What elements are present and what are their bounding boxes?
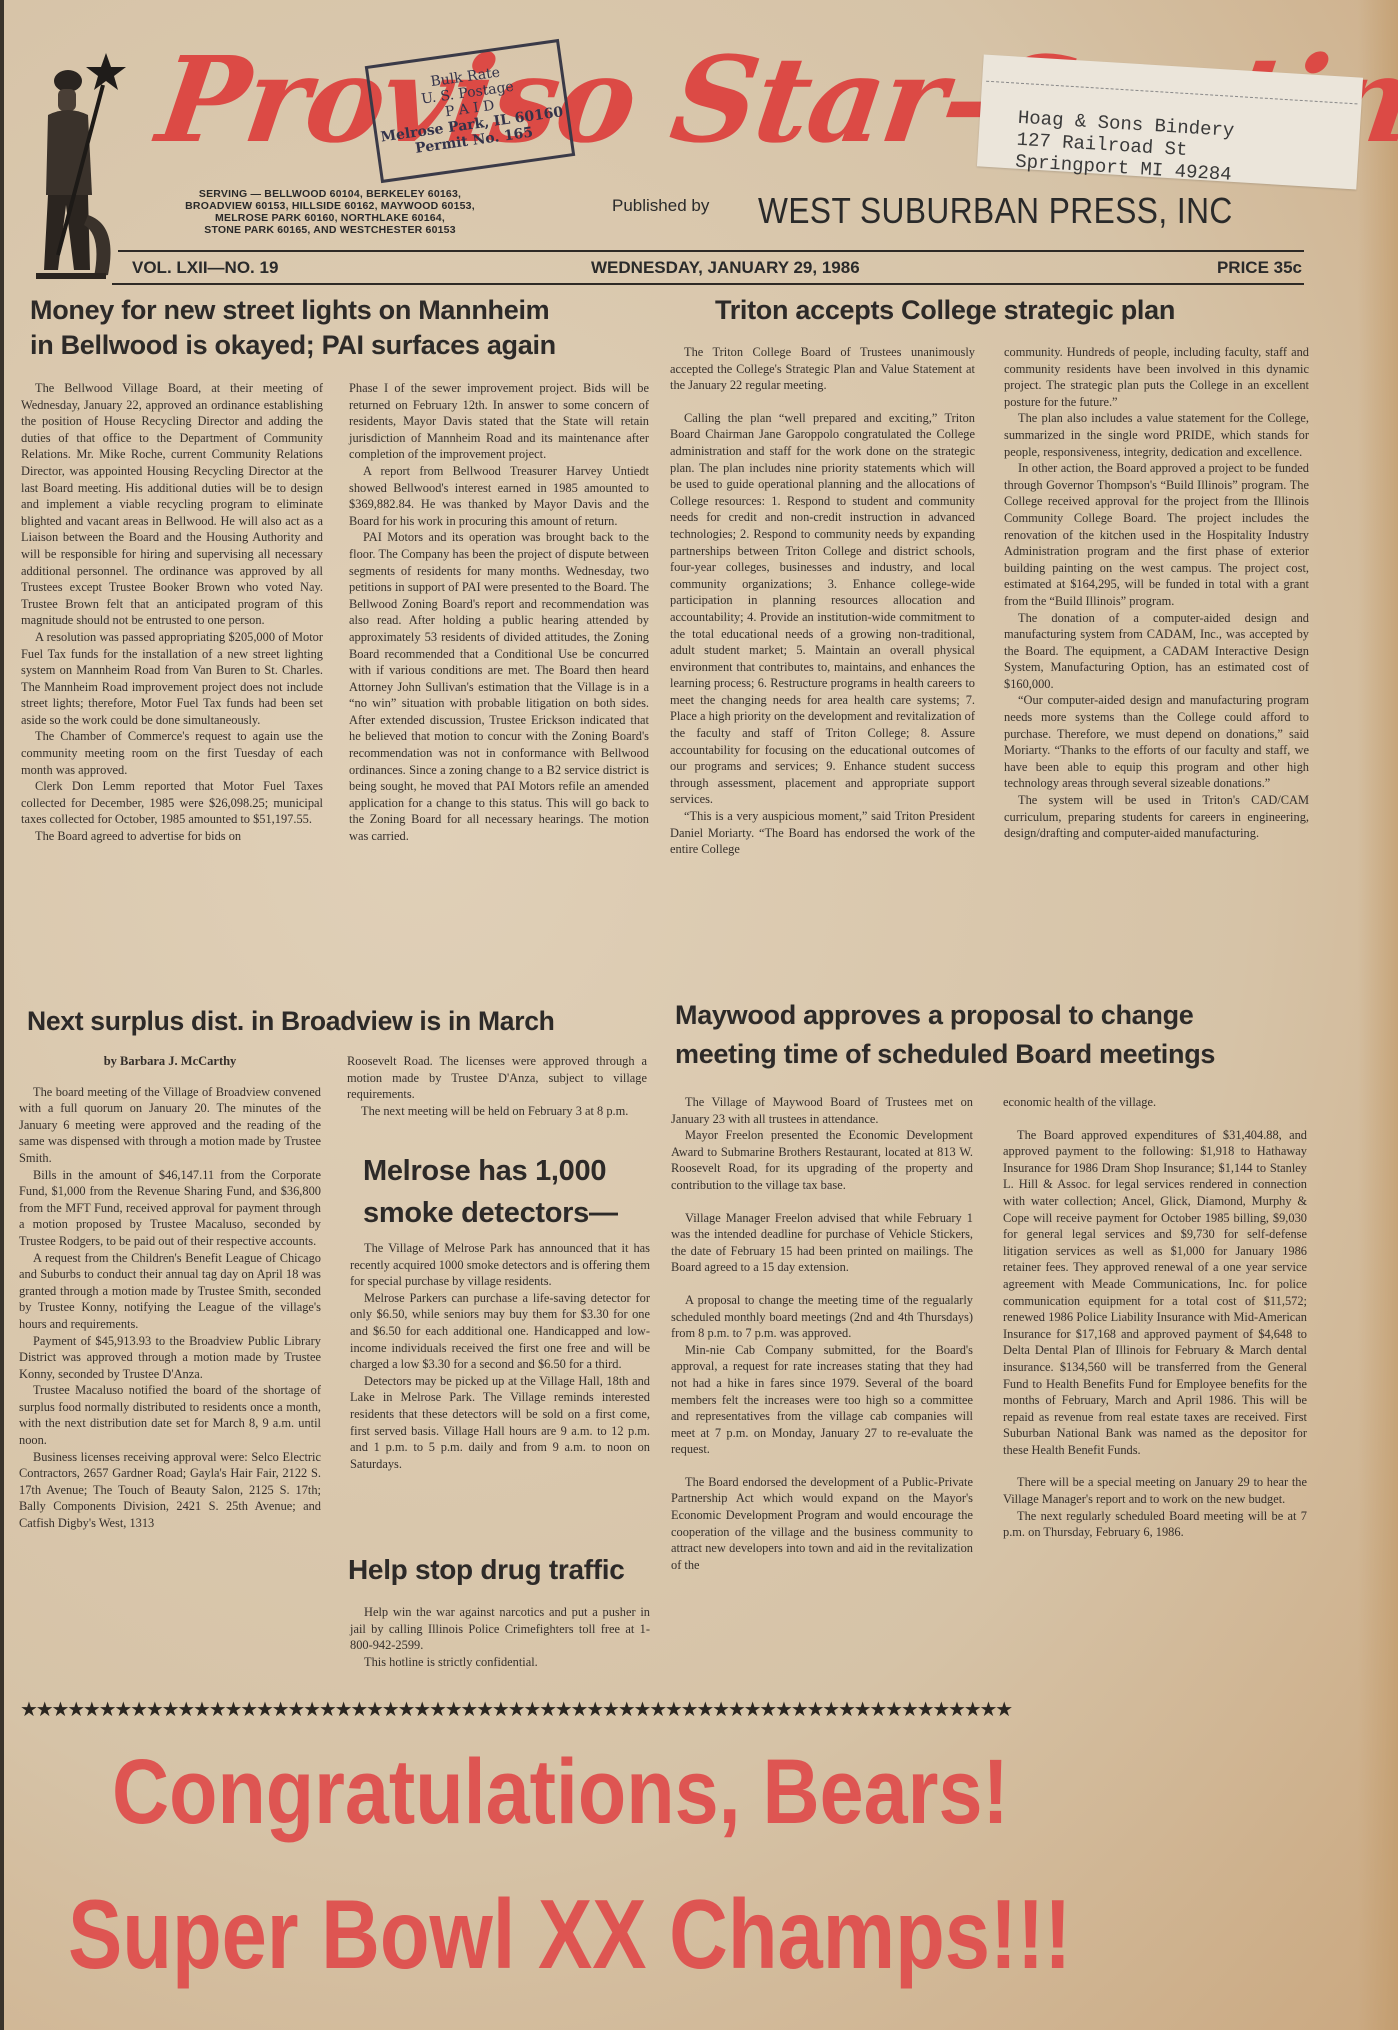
article-column: The Village of Melrose Park has announce… (350, 1240, 650, 1472)
paragraph: A report from Bellwood Treasurer Harvey … (349, 463, 649, 529)
paragraph: Min-nie Cab Company submitted, for the B… (671, 1342, 973, 1458)
paragraph: The Triton College Board of Trustees una… (670, 344, 975, 394)
paragraph: The Bellwood Village Board, at their mee… (21, 380, 323, 629)
paragraph: The system will be used in Triton's CAD/… (1004, 792, 1309, 842)
headline-line: Maywood approves a proposal to change (675, 996, 1215, 1035)
paragraph: Clerk Don Lemm reported that Motor Fuel … (21, 778, 323, 828)
price: PRICE 35c (1217, 258, 1302, 278)
paragraph: The plan also includes a value statement… (1004, 410, 1309, 460)
article-column: community. Hundreds of people, including… (1004, 344, 1309, 842)
paragraph: The Chamber of Commerce's request to aga… (21, 728, 323, 778)
article-column: Phase I of the sewer improvement project… (349, 380, 649, 845)
published-by-label: Published by (612, 196, 709, 216)
masthead: Proviso Star-Sentinel Bulk Rate U. S. Po… (0, 0, 1398, 290)
article-column: economic health of the village. The Boar… (1003, 1094, 1307, 1541)
paragraph: Mayor Freelon presented the Economic Dev… (671, 1127, 973, 1193)
headline-line: Money for new street lights on Mannheim (30, 293, 650, 328)
banner-super-bowl: Super Bowl XX Champs!!! (68, 1878, 1071, 1991)
paragraph: “This is a very auspicious moment,” said… (670, 808, 975, 858)
byline: by Barbara J. McCarthy (19, 1053, 321, 1070)
paragraph: “Our computer-aided design and manufactu… (1004, 692, 1309, 792)
serving-line: STONE PARK 60165, AND WESTCHESTER 60153 (150, 224, 510, 236)
article-headline: Help stop drug traffic (348, 1552, 625, 1588)
divider (118, 250, 1304, 252)
article-headline: Triton accepts College strategic plan (715, 293, 1175, 328)
paragraph: Melrose Parkers can purchase a life-savi… (350, 1290, 650, 1373)
article-column: by Barbara J. McCarthy The board meeting… (19, 1053, 321, 1532)
paragraph: The Board approved expenditures of $31,4… (1003, 1127, 1307, 1459)
mailing-label: Hoag & Sons Bindery 127 Railroad St Spri… (977, 55, 1363, 190)
paragraph: Help win the war against narcotics and p… (350, 1604, 650, 1654)
banner-congratulations: Congratulations, Bears! (112, 1740, 1009, 1845)
paragraph: The Village of Maywood Board of Trustees… (671, 1094, 973, 1127)
paragraph: There will be a special meeting on Janua… (1003, 1474, 1307, 1507)
paragraph: economic health of the village. (1003, 1094, 1307, 1111)
paragraph: PAI Motors and its operation was brought… (349, 529, 649, 844)
page-edge (0, 0, 4, 2030)
paragraph: Phase I of the sewer improvement project… (349, 380, 649, 463)
paragraph: In other action, the Board approved a pr… (1004, 460, 1309, 609)
paragraph: Business licenses receiving approval wer… (19, 1449, 321, 1532)
star-divider-icon: ★★★★★★★★★★★★★★★★★★★★★★★★★★★★★★★★★★★★★★★★… (20, 1697, 1310, 1721)
paragraph: The Board agreed to advertise for bids o… (21, 828, 323, 845)
paragraph: Payment of $45,913.93 to the Broadview P… (19, 1333, 321, 1383)
paragraph: A request from the Children's Benefit Le… (19, 1250, 321, 1333)
paragraph: The Board endorsed the development of a … (671, 1474, 973, 1574)
paragraph: A proposal to change the meeting time of… (671, 1292, 973, 1342)
article-headline: Next surplus dist. in Broadview is in Ma… (27, 1004, 555, 1038)
article-column: The Village of Maywood Board of Trustees… (671, 1094, 973, 1573)
issue-date: WEDNESDAY, JANUARY 29, 1986 (591, 258, 860, 278)
paragraph: Calling the plan “well prepared and exci… (670, 410, 975, 808)
article-column: The Triton College Board of Trustees una… (670, 344, 975, 858)
serving-communities: SERVING — BELLWOOD 60104, BERKELEY 60163… (150, 188, 510, 236)
headline-line: smoke detectors— (363, 1192, 618, 1234)
paragraph: The next meeting will be held on Februar… (347, 1103, 647, 1120)
volume-number: VOL. LXII—NO. 19 (132, 258, 278, 278)
article-column: The Bellwood Village Board, at their mee… (21, 380, 323, 845)
publisher-name: WEST SUBURBAN PRESS, INC (758, 190, 1233, 232)
paragraph: The board meeting of the Village of Broa… (19, 1084, 321, 1167)
paragraph: Roosevelt Road. The licenses were approv… (347, 1053, 647, 1103)
paragraph: Detectors may be picked up at the Villag… (350, 1373, 650, 1473)
headline-line: in Bellwood is okayed; PAI surfaces agai… (30, 328, 650, 363)
serving-line: MELROSE PARK 60160, NORTHLAKE 60164, (150, 212, 510, 224)
headline-line: meeting time of scheduled Board meetings (675, 1035, 1215, 1074)
article-headline: Maywood approves a proposal to change me… (675, 996, 1215, 1074)
paragraph: community. Hundreds of people, including… (1004, 344, 1309, 410)
headline-line: Melrose has 1,000 (363, 1150, 618, 1192)
paragraph: Trustee Macaluso notified the board of t… (19, 1382, 321, 1448)
article-headline: Melrose has 1,000 smoke detectors— (363, 1150, 618, 1234)
article-column: Help win the war against narcotics and p… (350, 1604, 650, 1670)
dateline: VOL. LXII—NO. 19 WEDNESDAY, JANUARY 29, … (132, 254, 1302, 282)
paragraph: The Village of Melrose Park has announce… (350, 1240, 650, 1290)
paragraph: Bills in the amount of $46,147.11 from t… (19, 1167, 321, 1250)
serving-line: BROADVIEW 60153, HILLSIDE 60162, MAYWOOD… (150, 200, 510, 212)
paragraph: This hotline is strictly confidential. (350, 1654, 650, 1671)
article-column: Roosevelt Road. The licenses were approv… (347, 1053, 647, 1119)
paragraph: The donation of a computer-aided design … (1004, 610, 1309, 693)
paragraph: Village Manager Freelon advised that whi… (671, 1210, 973, 1276)
divider (112, 283, 1304, 285)
page-edge-shadow (1358, 0, 1398, 2030)
paragraph: The next regularly scheduled Board meeti… (1003, 1508, 1307, 1541)
article-headline: Money for new street lights on Mannheim … (30, 293, 650, 363)
paragraph: A resolution was passed appropriating $2… (21, 629, 323, 729)
minuteman-logo-icon (18, 45, 128, 285)
serving-line: SERVING — BELLWOOD 60104, BERKELEY 60163… (150, 188, 510, 200)
